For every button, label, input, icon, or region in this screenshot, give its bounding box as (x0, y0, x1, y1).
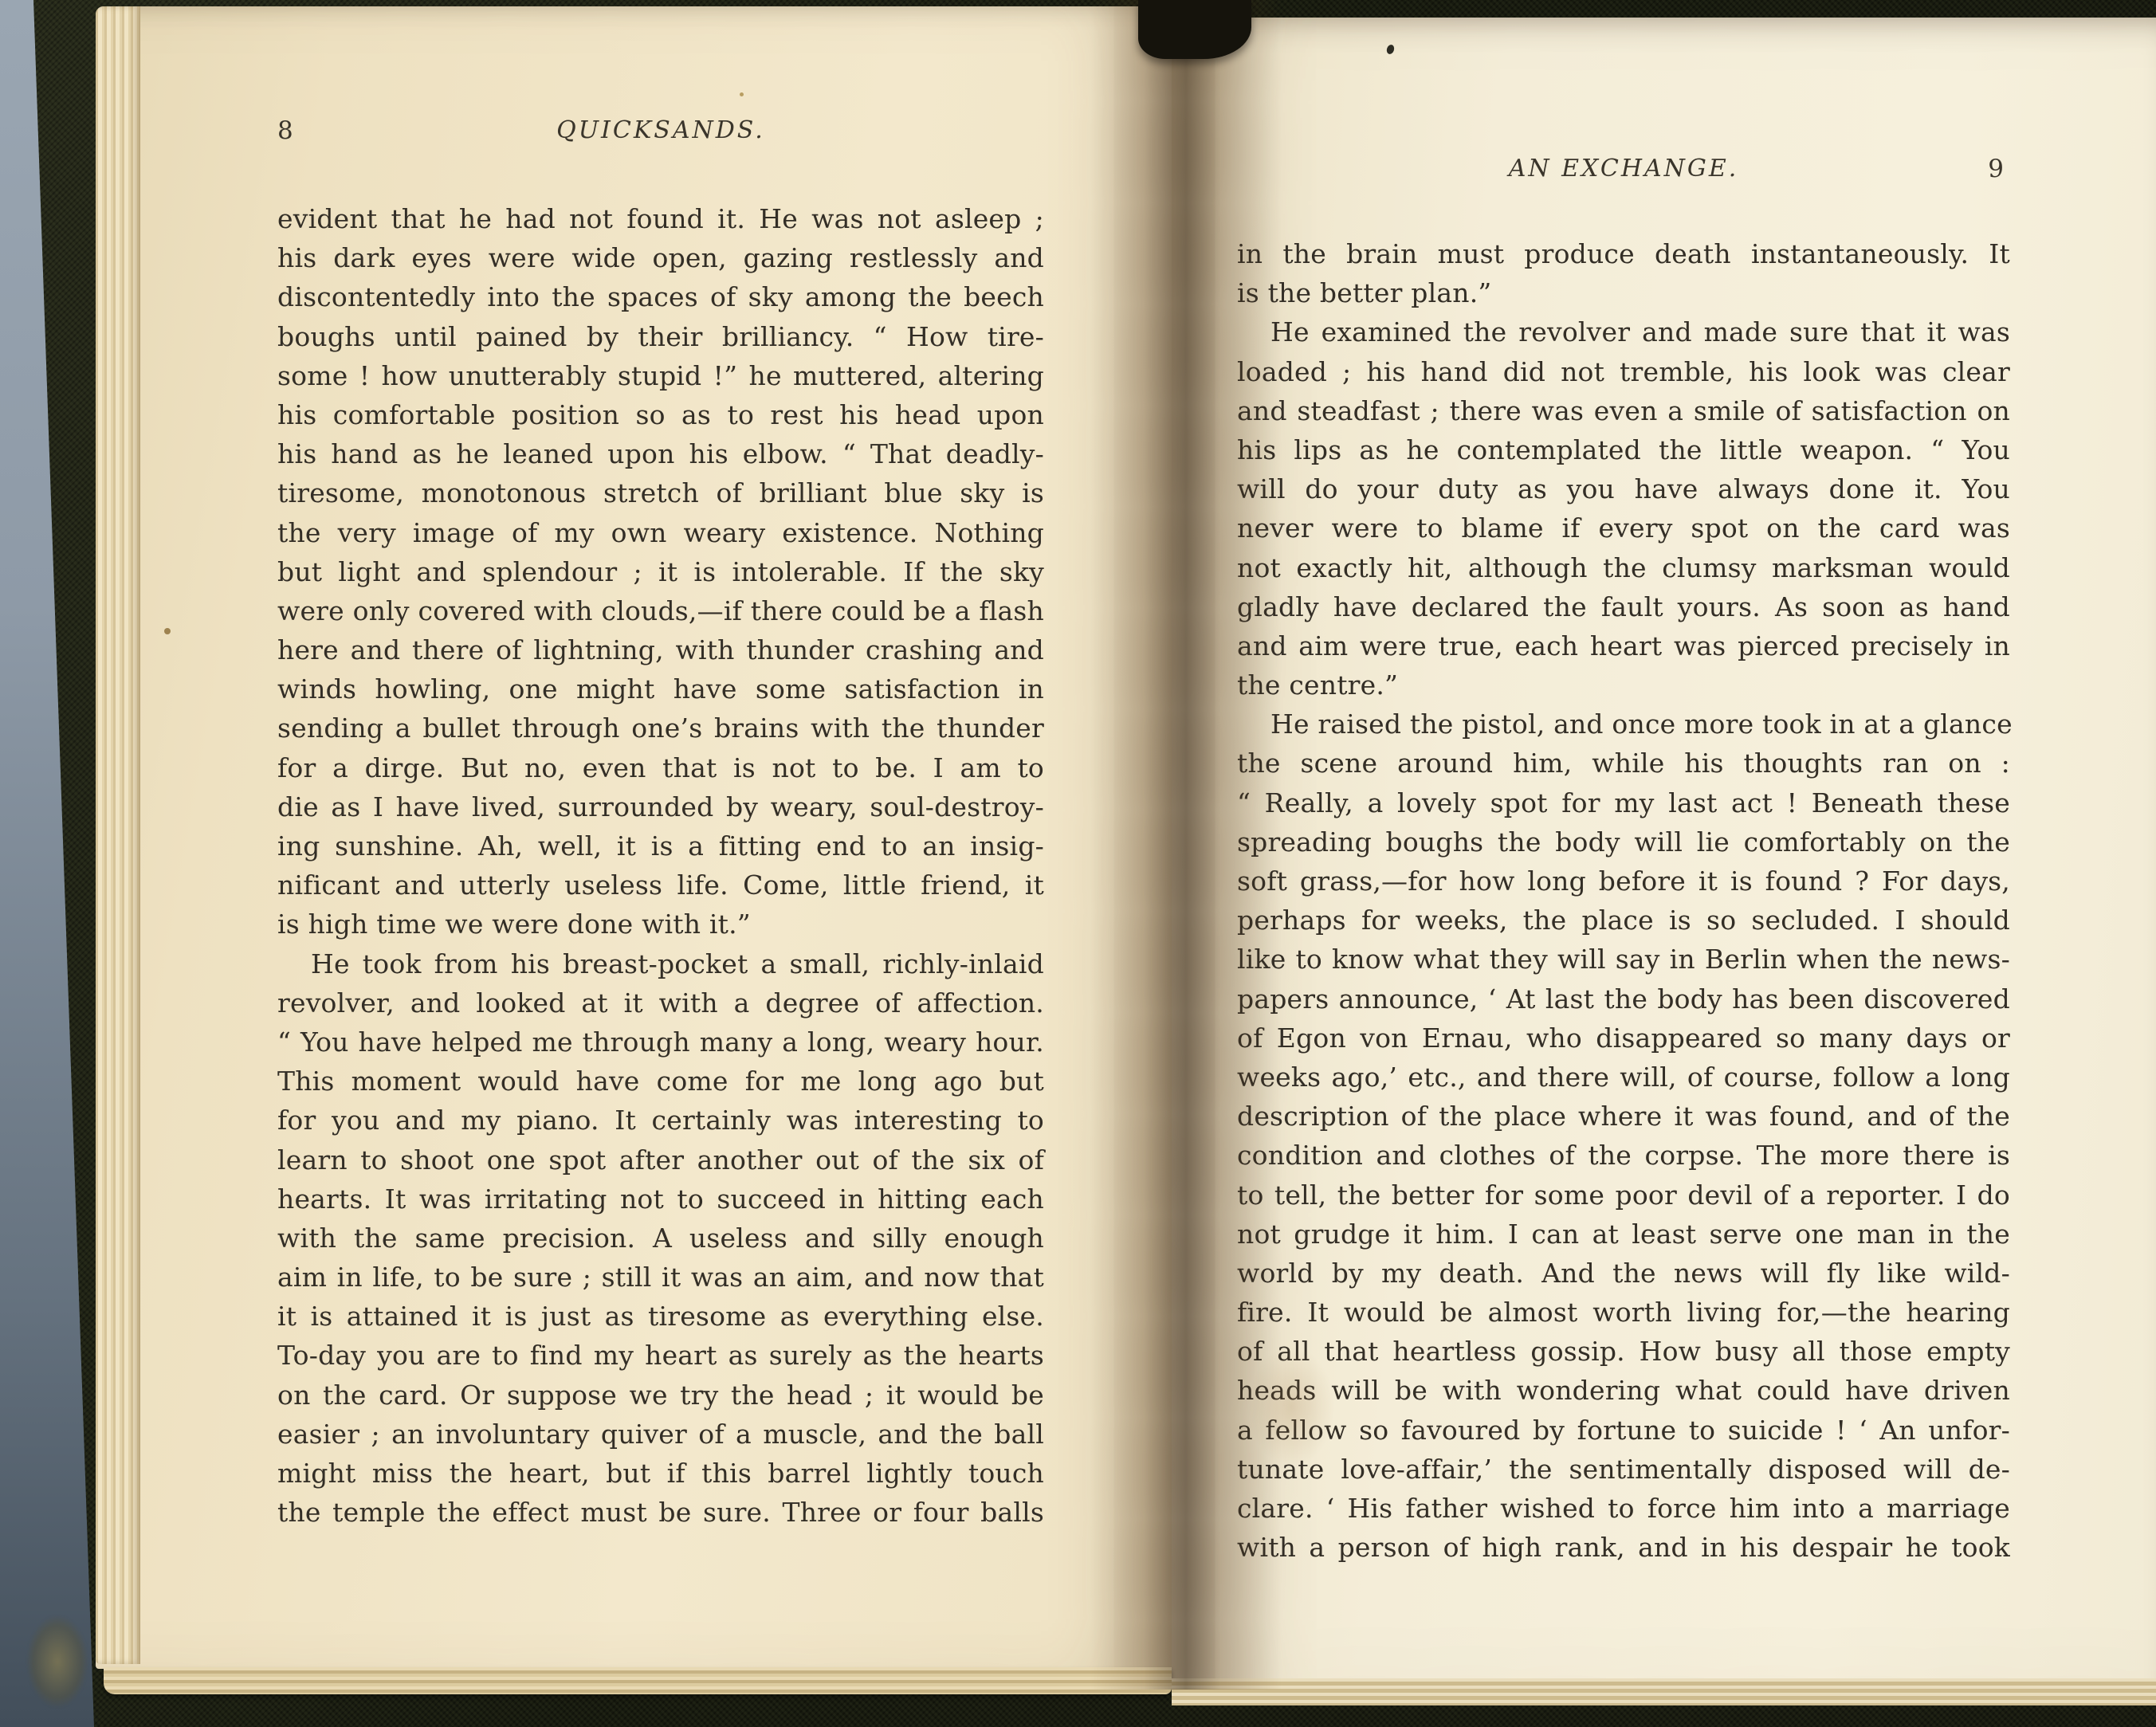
text-line: his comfortable position so as to rest h… (277, 395, 1044, 434)
text-line: description of the place where it was fo… (1237, 1097, 2010, 1136)
text-line: condition and clothes of the corpse. The… (1237, 1136, 2010, 1175)
text-line: like to know what they will say in Berli… (1237, 940, 2010, 979)
page-left-header: 8 QUICKSANDS. (277, 116, 1044, 151)
text-line: it is attained it is just as tiresome as… (277, 1297, 1044, 1336)
text-line: were only covered with clouds,—if there … (277, 591, 1044, 630)
text-line: die as I have lived, surrounded by weary… (277, 787, 1044, 826)
text-line: the scene around him, while his thoughts… (1237, 744, 2010, 783)
page-right-text: in the brain must produce death instanta… (1237, 234, 2010, 1567)
page-left: 8 QUICKSANDS. evident that he had not fo… (96, 6, 1172, 1669)
text-line: revolver, and looked at it with a degree… (277, 983, 1044, 1022)
text-line: with a person of high rank, and in his d… (1237, 1528, 2010, 1567)
page-right-header: AN EXCHANGE. 9 (1237, 155, 2010, 190)
text-line: evident that he had not found it. He was… (277, 199, 1044, 238)
text-line: This moment would have come for me long … (277, 1062, 1044, 1101)
text-line: weeks ago,’ etc., and there will, of cou… (1237, 1058, 2010, 1097)
text-line: in the brain must produce death instanta… (1237, 234, 2010, 273)
text-line: papers announce, ‘ At last the body has … (1237, 979, 2010, 1019)
text-line: gladly have declared the fault yours. As… (1237, 587, 2010, 626)
text-line: the temple the effect must be sure. Thre… (277, 1493, 1044, 1532)
text-line: not grudge it him. I can at least serve … (1237, 1215, 2010, 1254)
text-line: with the same precision. A useless and s… (277, 1219, 1044, 1258)
text-line: and steadfast ; there was even a smile o… (1237, 391, 2010, 430)
text-line: hearts. It was irritating not to succeed… (277, 1179, 1044, 1219)
text-line: sending a bullet through one’s brains wi… (277, 708, 1044, 748)
text-line: the centre.” (1237, 665, 2010, 705)
text-line: some ! how unutterably stupid !” he mutt… (277, 356, 1044, 395)
text-line: winds howling, one might have some satis… (277, 669, 1044, 708)
text-line: might miss the heart, but if this barrel… (277, 1454, 1044, 1493)
text-line: his hand as he leaned upon his elbow. “ … (277, 434, 1044, 473)
text-line: loaded ; his hand did not tremble, his l… (1237, 352, 2010, 391)
text-line: on the card. Or suppose we try the head … (277, 1376, 1044, 1415)
text-line: fire. It would be almost worth living fo… (1237, 1293, 2010, 1332)
text-line: for you and my piano. It certainly was i… (277, 1101, 1044, 1140)
text-line: the very image of my own weary existence… (277, 513, 1044, 552)
text-line: not exactly hit, although the clumsy mar… (1237, 548, 2010, 587)
text-line: for a dirge. But no, even that is not to… (277, 748, 1044, 787)
text-line: He raised the pistol, and once more took… (1237, 705, 2010, 744)
text-line: soft grass,—for how long before it is fo… (1237, 862, 2010, 901)
text-line: clare. ‘ His father wished to force him … (1237, 1489, 2010, 1528)
paper-speck (740, 92, 744, 96)
text-line: of Egon von Ernau, who disappeared so ma… (1237, 1019, 2010, 1058)
text-line: his dark eyes were wide open, gazing res… (277, 238, 1044, 277)
text-line: is the better plan.” (1237, 273, 2010, 312)
text-line: He took from his breast-pocket a small, … (277, 944, 1044, 983)
text-line: easier ; an involuntary quiver of a musc… (277, 1415, 1044, 1454)
text-line: will do your duty as you have always don… (1237, 469, 2010, 508)
text-line: He examined the revolver and made sure t… (1237, 312, 2010, 351)
text-line: boughs until pained by their brilliancy.… (277, 317, 1044, 356)
text-line: nificant and utterly useless life. Come,… (277, 865, 1044, 905)
text-line: his lips as he contemplated the little w… (1237, 430, 2010, 469)
text-line: is high time we were done with it.” (277, 905, 1044, 944)
text-line: tunate love-affair,’ the sentimentally d… (1237, 1450, 2010, 1489)
text-line: learn to shoot one spot after another ou… (277, 1140, 1044, 1179)
text-line: aim in life, to be sure ; still it was a… (277, 1258, 1044, 1297)
text-line: a fellow so favoured by fortune to suici… (1237, 1411, 2010, 1450)
book-gutter-top (1138, 0, 1251, 59)
cover-fray (18, 1602, 97, 1721)
text-line: discontentedly into the spaces of sky am… (277, 277, 1044, 316)
page-number-right: 9 (1988, 155, 2004, 183)
text-line: spreading boughs the body will lie comfo… (1237, 822, 2010, 862)
text-line: but light and splendour ; it is intolera… (277, 552, 1044, 591)
book-scan: 8 QUICKSANDS. evident that he had not fo… (0, 0, 2156, 1727)
text-line: “ You have helped me through many a long… (277, 1022, 1044, 1062)
page-left-text: evident that he had not found it. He was… (277, 199, 1044, 1532)
text-line: of all that heartless gossip. How busy a… (1237, 1332, 2010, 1371)
text-line: ing sunshine. Ah, well, it is a fitting … (277, 826, 1044, 865)
running-head-right: AN EXCHANGE. (1237, 155, 2010, 183)
paper-stain (1231, 1323, 1351, 1490)
page-bottom-edges-right (1172, 1678, 2156, 1705)
page-number-left: 8 (277, 116, 293, 145)
text-line: here and there of lightning, with thunde… (277, 630, 1044, 669)
text-line: to tell, the better for some poor devil … (1237, 1176, 2010, 1215)
text-line: To-day you are to find my heart as surel… (277, 1336, 1044, 1375)
running-head-left: QUICKSANDS. (277, 116, 1044, 144)
text-line: tiresome, monotonous stretch of brillian… (277, 473, 1044, 512)
page-bottom-edges-left (104, 1667, 1172, 1694)
foxing-dot (164, 628, 171, 634)
text-line: “ Really, a lovely spot for my last act … (1237, 783, 2010, 822)
text-line: never were to blame if every spot on the… (1237, 508, 2010, 548)
text-line: heads will be with wondering what could … (1237, 1371, 2010, 1410)
text-line: and aim were true, each heart was pierce… (1237, 626, 2010, 665)
text-line: perhaps for weeks, the place is so seclu… (1237, 901, 2010, 940)
text-line: world by my death. And the news will fly… (1237, 1254, 2010, 1293)
